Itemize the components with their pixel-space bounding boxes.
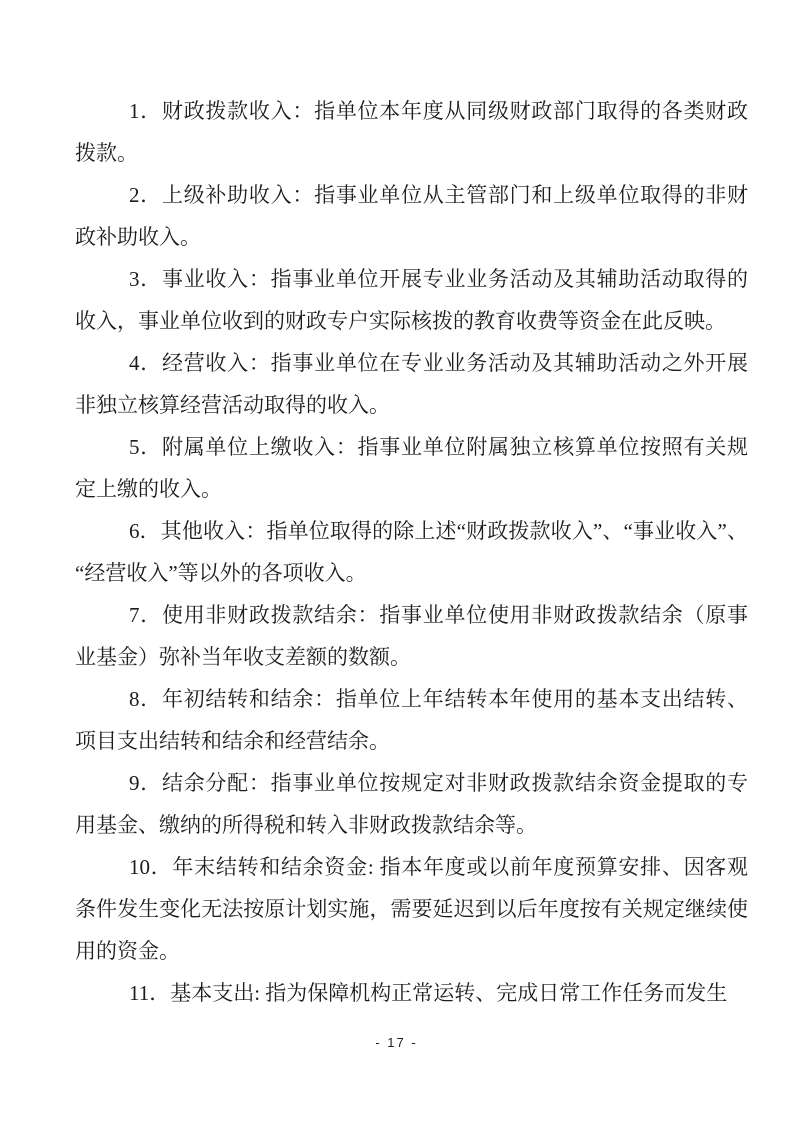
paragraph-8: 8．年初结转和结余：指单位上年结转本年使用的基本支出结转、项目支出结转和结余和经… <box>75 678 748 762</box>
paragraph-1: 1．财政拨款收入：指单位本年度从同级财政部门取得的各类财政拨款。 <box>75 90 748 174</box>
paragraph-3: 3．事业收入：指事业单位开展专业业务活动及其辅助活动取得的收入，事业单位收到的财… <box>75 258 748 342</box>
paragraph-7: 7．使用非财政拨款结余：指事业单位使用非财政拨款结余（原事业基金）弥补当年收支差… <box>75 594 748 678</box>
paragraph-2: 2．上级补助收入：指事业单位从主管部门和上级单位取得的非财政补助收入。 <box>75 174 748 258</box>
page-number: - 17 - <box>0 1035 793 1050</box>
paragraph-5: 5．附属单位上缴收入：指事业单位附属独立核算单位按照有关规定上缴的收入。 <box>75 426 748 510</box>
paragraph-4: 4．经营收入：指事业单位在专业业务活动及其辅助活动之外开展非独立核算经营活动取得… <box>75 342 748 426</box>
paragraph-6: 6．其他收入：指单位取得的除上述“财政拨款收入”、“事业收入”、“经营收入”等以… <box>75 510 748 594</box>
paragraph-9: 9．结余分配：指事业单位按规定对非财政拨款结余资金提取的专用基金、缴纳的所得税和… <box>75 762 748 846</box>
paragraph-10: 10．年末结转和结余资金: 指本年度或以前年度预算安排、因客观条件发生变化无法按… <box>75 846 748 972</box>
paragraph-11: 11．基本支出: 指为保障机构正常运转、完成日常工作任务而发生 <box>75 972 748 1014</box>
document-body: 1．财政拨款收入：指单位本年度从同级财政部门取得的各类财政拨款。 2．上级补助收… <box>75 90 748 1014</box>
document-page: 1．财政拨款收入：指单位本年度从同级财政部门取得的各类财政拨款。 2．上级补助收… <box>0 0 793 1122</box>
